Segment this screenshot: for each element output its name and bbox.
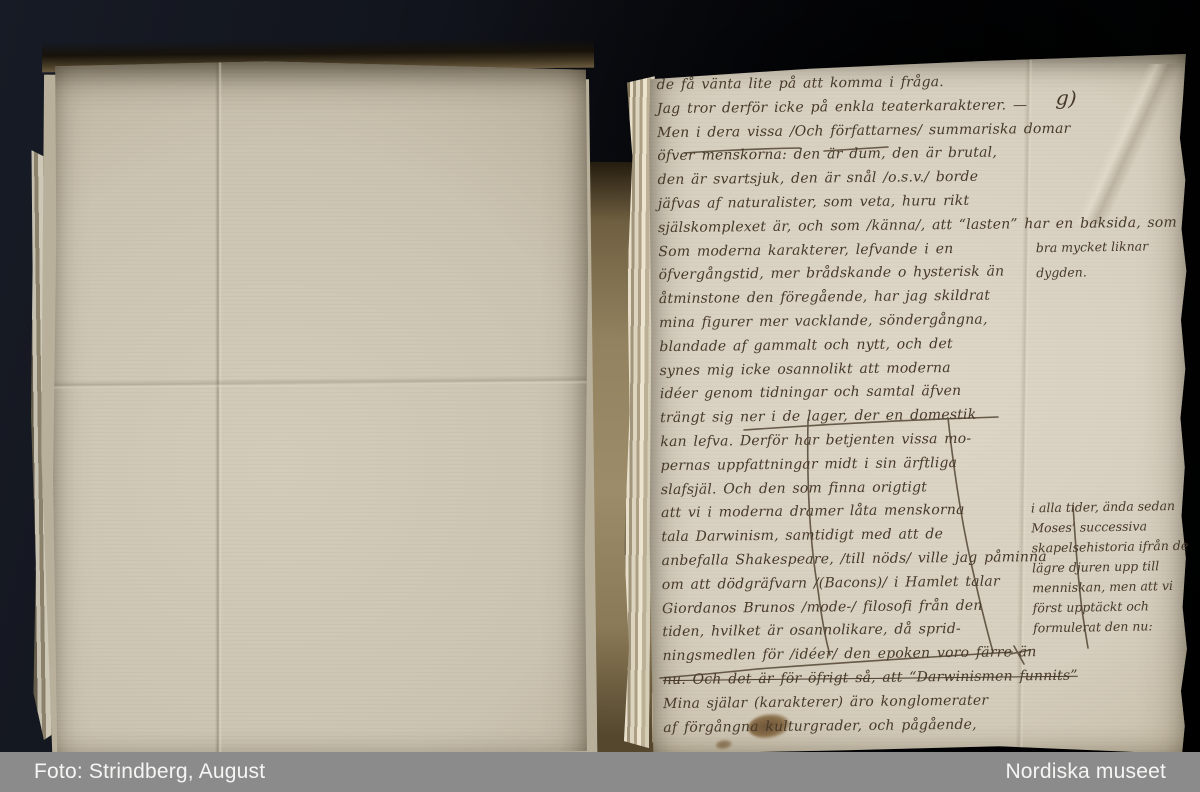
right-page-corner-crease [1060, 64, 1180, 224]
manuscript-line: själskomplexet är, och som /känna/, att … [658, 213, 1058, 241]
manuscript-line: öfvergångstid, mer brådskande o hysteris… [659, 260, 1059, 288]
manuscript-text: de få vänta lite på att komma i fråga.Ja… [657, 70, 1064, 740]
manuscript-line: Jag tror derför icke på enkla teaterkara… [657, 94, 1057, 122]
manuscript-line: Men i dera vissa /Och författarnes/ summ… [657, 118, 1057, 146]
left-blank-page [52, 60, 588, 758]
caption-photographer: Foto: Strindberg, August [34, 760, 265, 784]
manuscript-line: nu. Och det är för öfrigt så, att “Darwi… [663, 665, 1063, 693]
caption-bar: Foto: Strindberg, August Nordiska museet [0, 752, 1200, 792]
margin-note-dygden: bra mycket liknar dygden. [1036, 233, 1187, 286]
left-page-crease-vertical [215, 60, 222, 758]
manuscript-line: anbefalla Shakespeare, /till nöds/ ville… [662, 546, 1062, 574]
manuscript-line: af förgångna kulturgrader, och pågående, [663, 712, 1063, 740]
archive-photo: de få vänta lite på att komma i fråga.Ja… [0, 0, 1200, 792]
margin-note-moses: i alla tider, ända sedan Moses’ successi… [1031, 496, 1197, 639]
caption-museum: Nordiska museet [1005, 760, 1166, 784]
page-mark: g) [1055, 85, 1077, 110]
left-page-crease-horizontal [52, 375, 588, 390]
